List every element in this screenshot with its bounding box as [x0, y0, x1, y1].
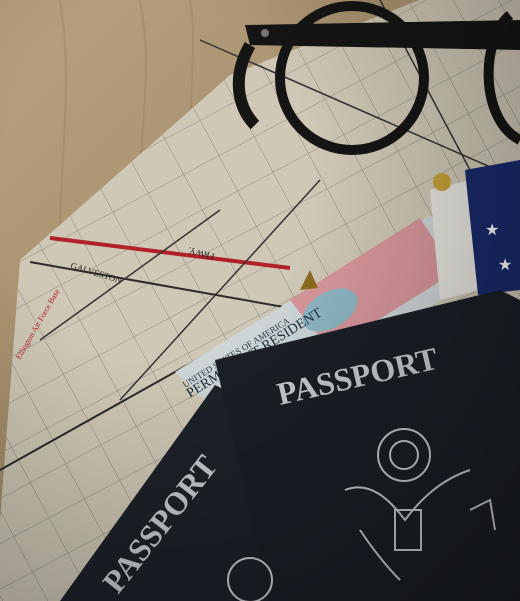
svg-text:★: ★	[485, 222, 499, 239]
us-flag: ★ ★	[430, 160, 520, 300]
photo-illustration: GALVESTON FRWY. Ellington Air Force Base…	[0, 0, 520, 601]
svg-text:★: ★	[498, 257, 512, 274]
photo-scene: GALVESTON FRWY. Ellington Air Force Base…	[0, 0, 520, 601]
